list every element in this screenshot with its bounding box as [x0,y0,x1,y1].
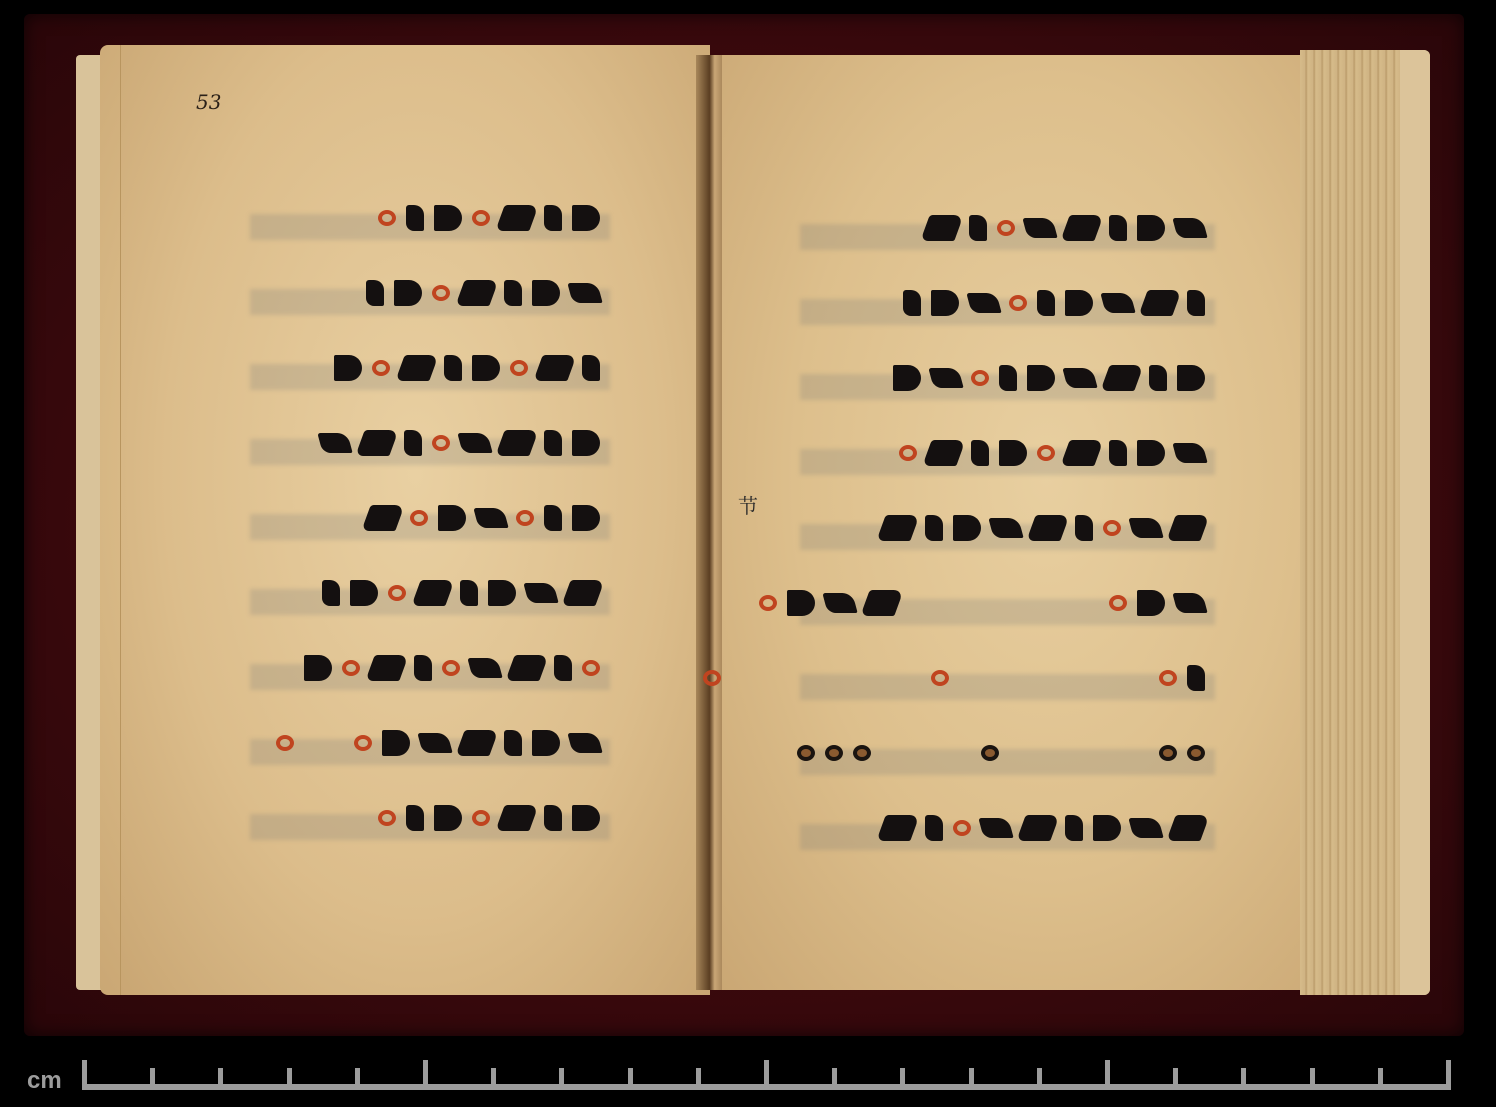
script-glyph [382,730,410,756]
script-line [797,735,1205,771]
script-glyph [1128,518,1163,538]
script-glyph [969,215,987,241]
script-glyph [567,283,602,303]
script-line [893,360,1205,396]
script-glyph [572,205,600,231]
script-line [276,725,600,761]
red-punctuation-mark [410,510,428,526]
script-glyph [1060,215,1103,241]
ruler-tick [1241,1068,1246,1090]
script-glyph [438,505,466,531]
script-glyph [978,818,1013,838]
script-glyph [1177,365,1205,391]
script-glyph [554,655,572,681]
script-glyph [334,355,362,381]
black-circle-mark [825,745,843,761]
script-glyph [1172,443,1207,463]
script-glyph [533,355,576,381]
script-glyph [1166,815,1209,841]
ruler-tick [355,1068,360,1090]
script-glyph [822,593,857,613]
script-line [759,585,1205,621]
script-glyph [1100,365,1143,391]
page-number: 53 [196,90,221,114]
script-glyph [920,215,963,241]
ruler-tick [764,1060,769,1090]
script-glyph [495,430,538,456]
script-glyph [544,805,562,831]
script-glyph [444,355,462,381]
script-glyph [404,430,422,456]
script-glyph [1093,815,1121,841]
script-glyph [567,733,602,753]
script-glyph [572,805,600,831]
script-glyph [988,518,1023,538]
red-punctuation-mark [1159,670,1177,686]
script-glyph [1166,515,1209,541]
script-glyph [876,815,919,841]
script-glyph [931,290,959,316]
script-glyph [572,505,600,531]
script-glyph [1062,368,1097,388]
script-line [703,660,1205,696]
ruler-unit-label: cm [27,1067,62,1095]
red-punctuation-mark [516,510,534,526]
script-glyph [544,505,562,531]
script-glyph [903,290,921,316]
black-circle-mark [1187,745,1205,761]
script-line [899,435,1205,471]
script-glyph [925,515,943,541]
red-punctuation-mark [759,595,777,611]
ruler-tick [287,1068,292,1090]
red-punctuation-mark [899,445,917,461]
script-glyph [406,205,424,231]
script-glyph [572,430,600,456]
script-glyph [928,368,963,388]
script-glyph [1109,215,1127,241]
script-line [881,810,1205,846]
script-glyph [365,655,408,681]
script-glyph [414,655,432,681]
script-glyph [925,815,943,841]
script-glyph [1065,290,1093,316]
script-glyph [1060,440,1103,466]
script-glyph [495,205,538,231]
red-punctuation-mark [1109,595,1127,611]
script-glyph [1138,290,1181,316]
gutter-character: 节 [738,490,758,519]
ruler-tick [969,1068,974,1090]
script-glyph [460,580,478,606]
script-glyph [350,580,378,606]
red-punctuation-mark [378,810,396,826]
script-glyph [455,280,498,306]
script-glyph [1187,290,1205,316]
script-glyph [1026,515,1069,541]
script-glyph [532,730,560,756]
script-glyph [488,580,516,606]
script-glyph [434,805,462,831]
script-line [903,285,1205,321]
script-line [366,275,600,311]
script-line [320,425,600,461]
script-glyph [1109,440,1127,466]
script-glyph [361,505,404,531]
red-punctuation-mark [1009,295,1027,311]
script-glyph [504,280,522,306]
red-punctuation-mark [354,735,372,751]
script-glyph [544,205,562,231]
script-glyph [467,658,502,678]
script-glyph [322,580,340,606]
red-punctuation-mark [372,360,390,376]
script-glyph [1037,290,1055,316]
ruler-tick [491,1068,496,1090]
red-punctuation-mark [276,735,294,751]
red-punctuation-mark [432,435,450,451]
script-glyph [999,365,1017,391]
script-glyph [1187,665,1205,691]
script-glyph [532,280,560,306]
script-glyph [544,430,562,456]
red-punctuation-mark [703,670,721,686]
ruler-tick [1105,1060,1110,1090]
red-punctuation-mark [342,660,360,676]
ruler-tick [150,1068,155,1090]
red-punctuation-mark [510,360,528,376]
ruler-tick [1310,1068,1315,1090]
ruler-tick [696,1068,701,1090]
script-glyph [1137,215,1165,241]
script-glyph [317,433,352,453]
script-glyph [1149,365,1167,391]
ruler-tick [628,1068,633,1090]
script-glyph [406,805,424,831]
script-glyph [1172,218,1207,238]
red-punctuation-mark [582,660,600,676]
black-circle-mark [1159,745,1177,761]
script-line [366,500,600,536]
red-punctuation-mark [378,210,396,226]
red-punctuation-mark [931,670,949,686]
ruler-tick [1446,1060,1451,1090]
script-glyph [999,440,1027,466]
red-punctuation-mark [953,820,971,836]
script-glyph [366,280,384,306]
script-glyph [922,440,965,466]
red-punctuation-mark [432,285,450,301]
script-line [334,350,600,386]
ruler-tick [1378,1068,1383,1090]
script-glyph [505,655,548,681]
script-glyph [860,590,903,616]
script-glyph [523,583,558,603]
script-glyph [966,293,1001,313]
red-punctuation-mark [472,810,490,826]
script-glyph [304,655,332,681]
script-glyph [1137,590,1165,616]
script-line [881,510,1205,546]
script-glyph [472,355,500,381]
script-glyph [1075,515,1093,541]
script-glyph [473,508,508,528]
script-glyph [1016,815,1059,841]
red-punctuation-mark [1103,520,1121,536]
red-punctuation-mark [442,660,460,676]
script-glyph [561,580,604,606]
ruler-tick [1173,1068,1178,1090]
black-circle-mark [797,745,815,761]
script-glyph [876,515,919,541]
red-punctuation-mark [1037,445,1055,461]
script-glyph [411,580,454,606]
ruler-tick [218,1068,223,1090]
script-line [304,650,600,686]
red-punctuation-mark [971,370,989,386]
black-circle-mark [981,745,999,761]
script-glyph [1027,365,1055,391]
script-glyph [1100,293,1135,313]
script-glyph [1172,593,1207,613]
centimeter-ruler [82,1084,1448,1090]
script-glyph [971,440,989,466]
script-glyph [434,205,462,231]
script-glyph [395,355,438,381]
script-glyph [457,433,492,453]
red-punctuation-mark [388,585,406,601]
ruler-tick [82,1060,87,1090]
black-circle-mark [853,745,871,761]
script-glyph [953,515,981,541]
script-glyph [787,590,815,616]
script-line [925,210,1205,246]
ruler-tick [423,1060,428,1090]
red-punctuation-mark [997,220,1015,236]
ruler-tick [559,1068,564,1090]
page-fore-edge [1300,50,1430,995]
script-glyph [1128,818,1163,838]
script-glyph [1022,218,1057,238]
ruler-tick [1037,1068,1042,1090]
ruler-tick [900,1068,905,1090]
script-glyph [1065,815,1083,841]
script-glyph [455,730,498,756]
red-punctuation-mark [472,210,490,226]
script-glyph [582,355,600,381]
script-glyph [355,430,398,456]
script-glyph [1137,440,1165,466]
script-glyph [495,805,538,831]
script-glyph [893,365,921,391]
script-line [378,800,600,836]
script-line [378,200,600,236]
script-glyph [504,730,522,756]
ruler-tick [832,1068,837,1090]
script-glyph [417,733,452,753]
script-line [322,575,600,611]
script-glyph [394,280,422,306]
